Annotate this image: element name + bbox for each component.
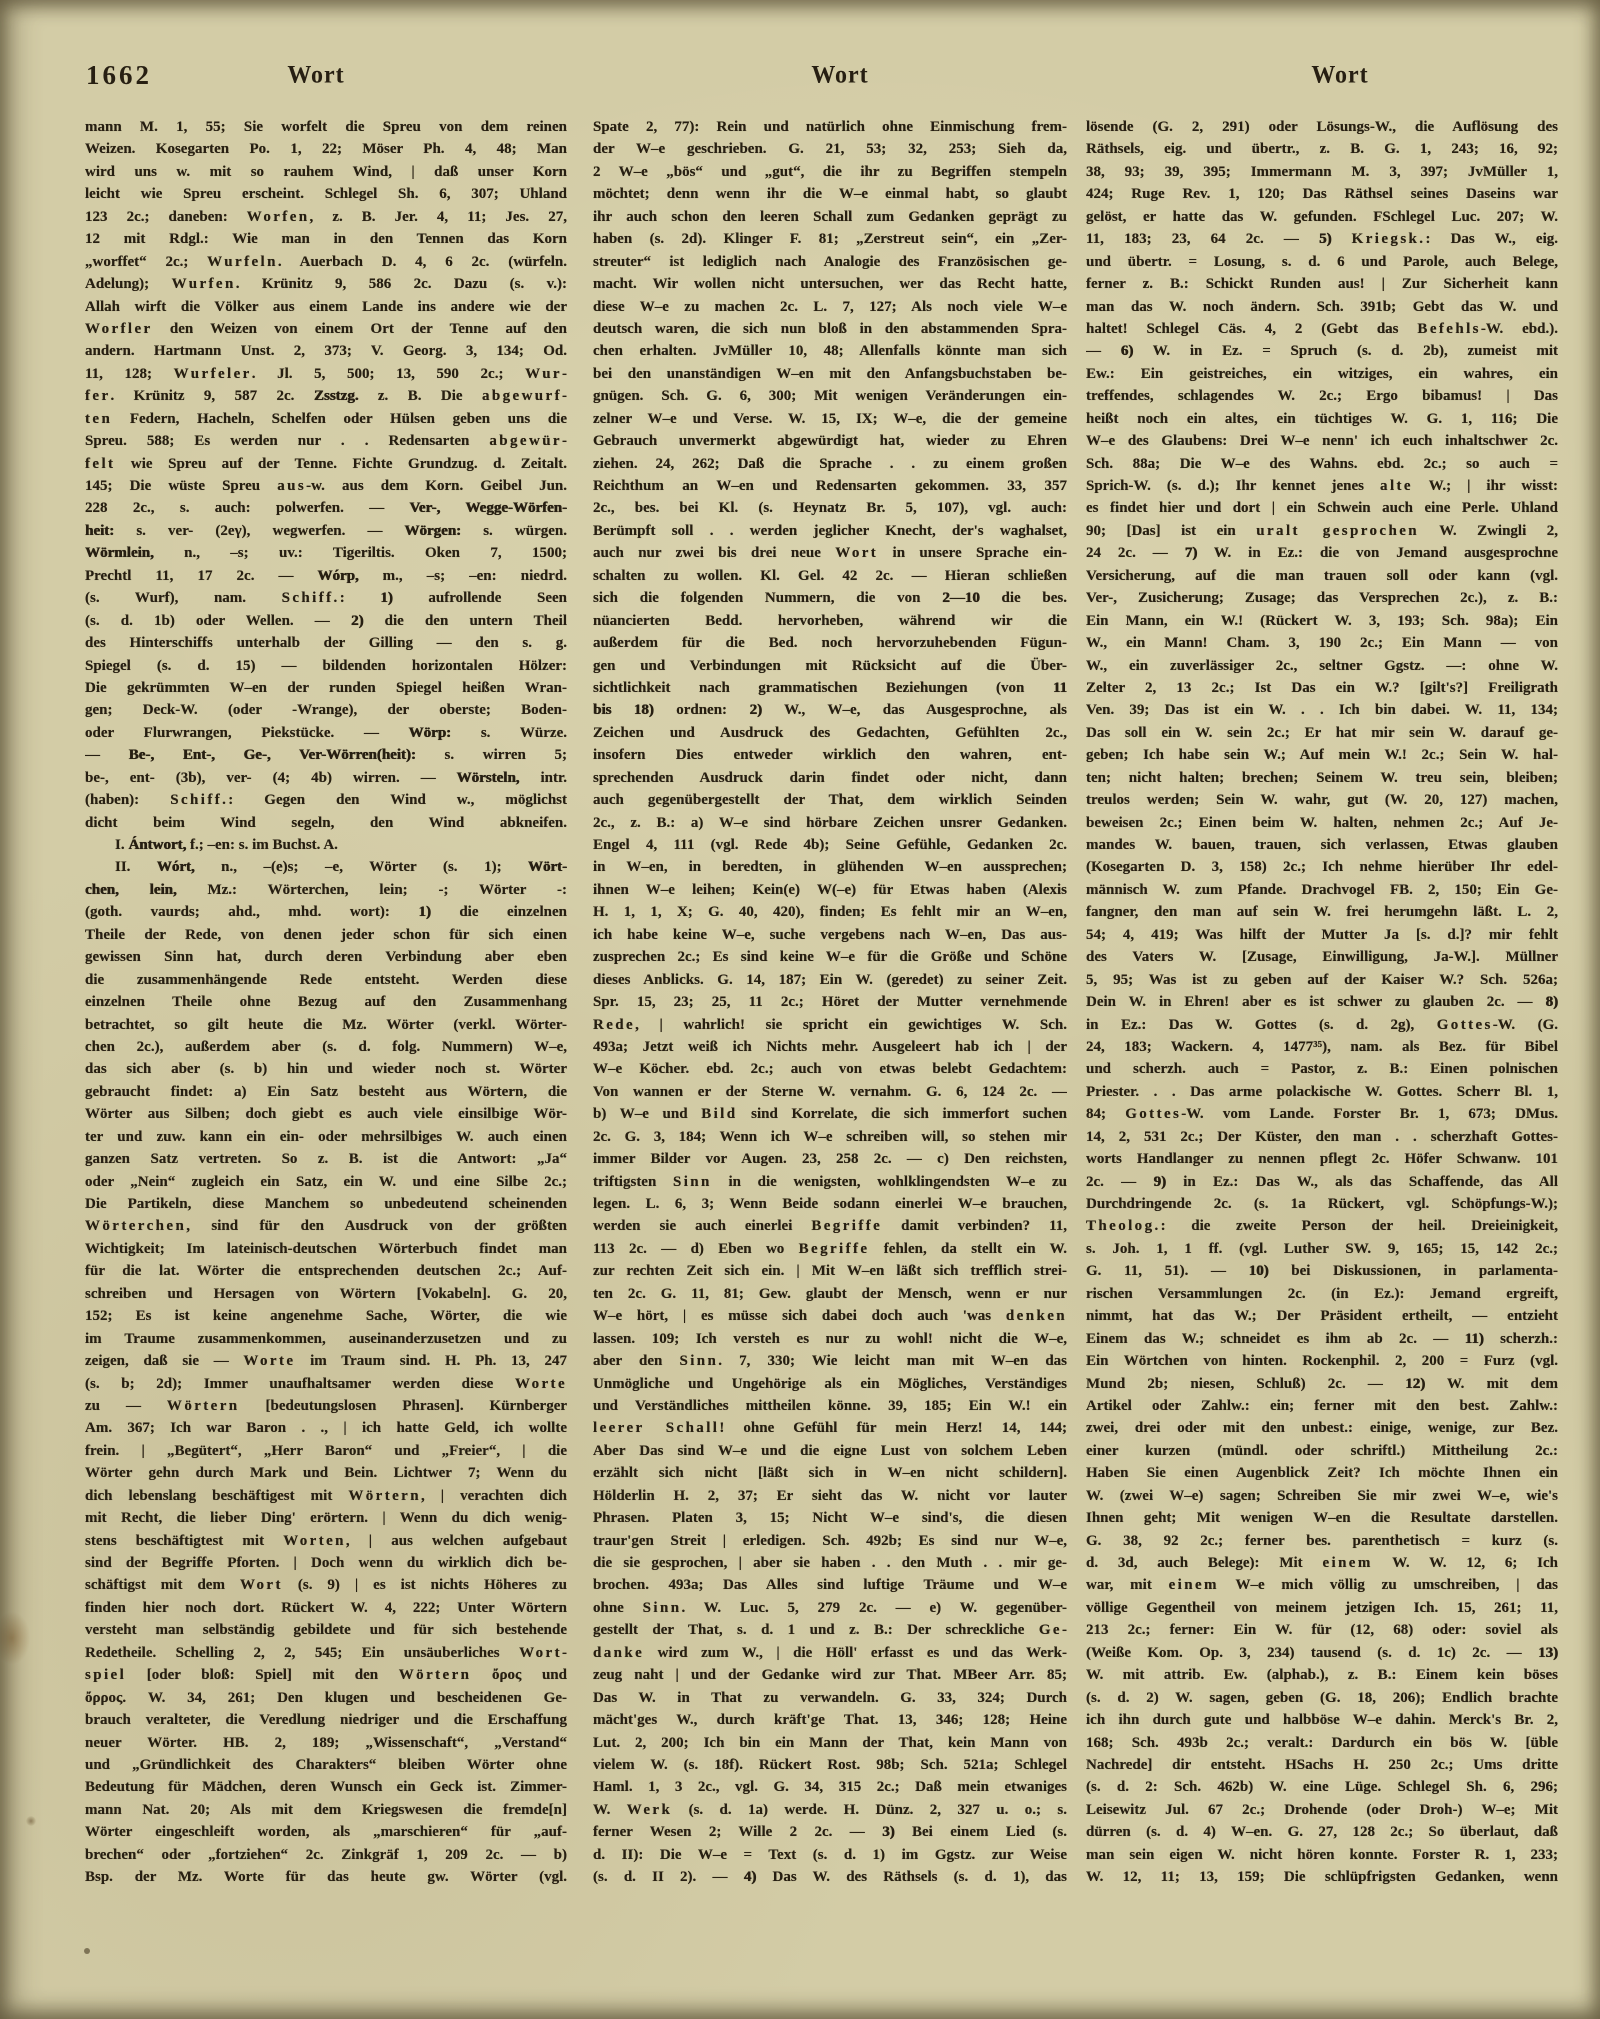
- text-line: heißt noch ein altes, ein tüchtiges W. G…: [1086, 408, 1558, 430]
- text-line: Haben Sie einen Augenblick Zeit? Ich möc…: [1086, 1462, 1558, 1484]
- text-line: Nachrede] dir entsteht. HSachs H. 250 2c…: [1086, 1754, 1558, 1776]
- text-line: dieses Anblicks. G. 14, 187; Ein W. (ger…: [593, 969, 1067, 991]
- text-line: haben (s. 2d). Klinger F. 81; „Zerstreut…: [593, 228, 1067, 250]
- text-line: chen 2c.), außerdem aber (s. d. folg. Nu…: [85, 1036, 567, 1058]
- text-line: zeug naht | und der Gedanke wird zur Tha…: [593, 1664, 1067, 1686]
- text-line: zeigen, daß sie — Worte im Traum sind. H…: [85, 1350, 567, 1372]
- text-line: bei den unanständigen W–en mit den Anfan…: [593, 363, 1067, 385]
- text-line: macht. Wir wollen nicht untersuchen, wer…: [593, 273, 1067, 295]
- text-line: dürren (s. d. 4) W–en. G. 27, 128 2c.; S…: [1086, 1821, 1558, 1843]
- text-line: Artikel oder Zahlw.: ein; ferner mit den…: [1086, 1395, 1558, 1417]
- text-line: der W–e geschrieben. G. 21, 53; 32, 253;…: [593, 138, 1067, 160]
- text-column-1: mann M. 1, 55; Sie worfelt die Spreu von…: [85, 116, 567, 1889]
- text-line: Spate 2, 77): Rein und natürlich ohne Ei…: [593, 116, 1067, 138]
- text-line: 90; [Das] ist ein uralt gesprochen W. Zw…: [1086, 520, 1558, 542]
- text-line: war, mit einem W–e mich völlig zu umschr…: [1086, 1574, 1558, 1596]
- text-line: II. Wórt, n., –(e)s; –e, Wörter (s. 1); …: [85, 856, 567, 878]
- text-line: ihnen W–e leihen; Kein(e) W(–e) für Etwa…: [593, 879, 1067, 901]
- text-line: fangner, den man auf sein W. frei herumg…: [1086, 901, 1558, 923]
- text-line: immer Bilder vor Augen. 23, 258 2c. — c)…: [593, 1148, 1067, 1170]
- text-line: des Vaters W. [Zusage, Einwilligung, Ja-…: [1086, 946, 1558, 968]
- text-line: und „Gründlichkeit des Charakters“ bleib…: [85, 1754, 567, 1776]
- text-line: gen; Deck-W. (oder -Wrange), der oberste…: [85, 699, 567, 721]
- text-line: d. 3d, auch Belege): Mit einem W. W. 12,…: [1086, 1552, 1558, 1574]
- text-line: oder Flurwrangen, Piekstücke. — Wörp: s.…: [85, 722, 567, 744]
- text-line: ten 2c. G. 11, 81; Gew. glaubt der Mensc…: [593, 1283, 1067, 1305]
- text-line: „worffet“ 2c.; Wurfeln. Auerbach D. 4, 6…: [85, 251, 567, 273]
- text-line: 213 2c.; ferner: Ein W. für (12, 68) ode…: [1086, 1619, 1558, 1641]
- text-line: Worfler den Weizen von einem Ort der Ten…: [85, 318, 567, 340]
- text-line: ter und zuw. kann ein ein- oder mehrsilb…: [85, 1126, 567, 1148]
- text-line: dich lebenslang beschäftigest mit Wörter…: [85, 1485, 567, 1507]
- text-line: Die gekrümmten W–en der runden Spiegel h…: [85, 677, 567, 699]
- text-line: G. 38, 92 2c.; ferner bes. parenthetisch…: [1086, 1530, 1558, 1552]
- text-line: neuer Wörter. HB. 2, 189; „Wissenschaft“…: [85, 1732, 567, 1754]
- text-line: Zeichen und Ausdruck des Gedachten, Gefü…: [593, 722, 1067, 744]
- text-line: leerer Schall! ohne Gefühl für mein Herz…: [593, 1417, 1067, 1439]
- text-line: Ver-, Zusicherung; Zusage; das Versprech…: [1086, 587, 1558, 609]
- paper-stain: [0, 1612, 30, 1664]
- text-line: Bedeutung für Mädchen, deren Wunsch ein …: [85, 1776, 567, 1798]
- text-line: dicht beim Wind segeln, den Wind abkneif…: [85, 812, 567, 834]
- text-line: leicht wie Spreu erscheint. Schlegel Sh.…: [85, 183, 567, 205]
- text-line: Bsp. der Mz. Worte für das heute gw. Wör…: [85, 1866, 567, 1888]
- text-line: Hölderlin H. 2, 37; Er sieht das W. nich…: [593, 1485, 1067, 1507]
- text-line: — Be-, Ent-, Ge-, Ver-Wörren(heit): s. w…: [85, 744, 567, 766]
- text-line: ten Federn, Hacheln, Schelfen oder Hülse…: [85, 408, 567, 430]
- text-line: gebraucht findet: a) Ein Satz besteht au…: [85, 1081, 567, 1103]
- text-line: Spiegel (s. d. 15) — bildenden horizonta…: [85, 655, 567, 677]
- text-line: treffendes, schlagendes W. 2c.; Ergo bib…: [1086, 385, 1558, 407]
- text-line: deutsch waren, die sich nun bloß in den …: [593, 318, 1067, 340]
- text-line: Haml. 1, 3 2c., vgl. G. 34, 315 2c.; Daß…: [593, 1776, 1067, 1798]
- text-line: Wörterchen, sind für den Ausdruck von de…: [85, 1215, 567, 1237]
- text-line: triftigsten Sinn in die wenigsten, wohlk…: [593, 1171, 1067, 1193]
- text-line: 145; Die wüste Spreu aus-w. aus dem Korn…: [85, 475, 567, 497]
- text-line: Phrasen. Platen 3, 15; Nicht W–e sind's,…: [593, 1507, 1067, 1529]
- text-line: Mund 2b; niesen, Schluß) 2c. — 12) W. mi…: [1086, 1373, 1558, 1395]
- text-line: aber den Sinn. 7, 330; Wie leicht man mi…: [593, 1350, 1067, 1372]
- text-line: gnügen. Sch. G. 6, 300; Mit wenigen Verä…: [593, 385, 1067, 407]
- text-line: Rede, | wahrlich! sie spricht ein gewich…: [593, 1014, 1067, 1036]
- text-line: 2c. G. 3, 184; Wenn ich W–e schreiben wi…: [593, 1126, 1067, 1148]
- text-line: Wörter eingeschleift worden, als „marsch…: [85, 1821, 567, 1843]
- text-line: mit Recht, die lieber Ding' erörtern. | …: [85, 1507, 567, 1529]
- text-line: Räthsels, eig. und übertr., z. B. G. 1, …: [1086, 138, 1558, 160]
- text-line: zur rechten Zeit sich ein. | Mit W–en lä…: [593, 1260, 1067, 1282]
- text-line: ziehen. 24, 262; Daß die Sprache . . zu …: [593, 453, 1067, 475]
- text-line: 84; Gottes-W. vom Lande. Forster Br. 1, …: [1086, 1103, 1558, 1125]
- text-line: 11, 183; 23, 64 2c. — 5) Kriegsk.: Das W…: [1086, 228, 1558, 250]
- text-line: Prechtl 11, 17 2c. — Wórp, m., –s; –en: …: [85, 565, 567, 587]
- text-line: im Traume zusammenkommen, auseinanderzus…: [85, 1328, 567, 1350]
- text-line: es findet hier und dort | ein Schwein au…: [1086, 497, 1558, 519]
- text-line: Reichthum an W–en und Redensarten gekomm…: [593, 475, 1067, 497]
- text-line: frein. | „Begütert“, „Herr Baron“ und „F…: [85, 1440, 567, 1462]
- text-line: 2c., z. B.: a) W–e sind hörbare Zeichen …: [593, 812, 1067, 834]
- text-line: sichtlichkeit nach grammatischen Beziehu…: [593, 677, 1067, 699]
- text-line: wird uns w. mit so rauhem Wind, | daß un…: [85, 161, 567, 183]
- text-line: versteht man selbständig gebildete und f…: [85, 1619, 567, 1641]
- text-line: nimmt, hat das W.; Der Präsident ertheil…: [1086, 1305, 1558, 1327]
- text-line: 228 2c., s. auch: polwerfen. — Ver-, Weg…: [85, 497, 567, 519]
- text-line: G. 11, 51). — 10) bei Diskussionen, in p…: [1086, 1260, 1558, 1282]
- text-line: chen erhalten. JvMüller 10, 48; Allenfal…: [593, 340, 1067, 362]
- text-line: 424; Ruge Rev. 1, 120; Das Räthsel seine…: [1086, 183, 1558, 205]
- text-line: 54; 4, 419; Was hilft der Mutter Ja [s. …: [1086, 924, 1558, 946]
- text-line: Leisewitz Jul. 67 2c.; Drohende (oder Dr…: [1086, 1799, 1558, 1821]
- text-line: 123 2c.; daneben: Worfen, z. B. Jer. 4, …: [85, 206, 567, 228]
- text-line: H. 1, 1, X; G. 40, 420), finden; Es fehl…: [593, 901, 1067, 923]
- text-line: 24, 183; Wackern. 4, 1477³⁵), nam. als B…: [1086, 1036, 1558, 1058]
- dictionary-page-scan: 1662 Wort Wort Wort mann M. 1, 55; Sie w…: [0, 0, 1600, 2019]
- text-line: 11, 128; Wurfeler. Jl. 5, 500; 13, 590 2…: [85, 363, 567, 385]
- text-line: (s. d. 2) W. sagen, geben (G. 18, 206); …: [1086, 1687, 1558, 1709]
- text-line: auch gegenübergestellt der That, dem wir…: [593, 789, 1067, 811]
- text-line: W. Werk (s. d. 1a) werde. H. Dünz. 2, 32…: [593, 1799, 1067, 1821]
- text-line: Redetheile. Schelling 2, 2, 545; Ein uns…: [85, 1642, 567, 1664]
- text-column-3: lösende (G. 2, 291) oder Lösungs-W., die…: [1086, 116, 1558, 1889]
- text-line: brochen. 493a; Das Alles sind luftige Tr…: [593, 1574, 1067, 1596]
- text-line: beweisen 2c.; Einen beim W. halten, nehm…: [1086, 812, 1558, 834]
- text-line: 152; Es ist keine angenehme Sache, Wörte…: [85, 1305, 567, 1327]
- text-line: schäftigst mit dem Wort (s. 9) | es ist …: [85, 1574, 567, 1596]
- text-column-2: Spate 2, 77): Rein und natürlich ohne Ei…: [593, 116, 1067, 1889]
- text-line: Priester. . . Das arme polackische W. Go…: [1086, 1081, 1558, 1103]
- text-line: ganzen Satz vertreten. So z. B. ist die …: [85, 1148, 567, 1170]
- text-line: (s. b; 2d); Immer unaufhaltsamer werden …: [85, 1373, 567, 1395]
- text-line: Am. 367; Ich war Baron . ., | ich hatte …: [85, 1417, 567, 1439]
- text-line: 113 2c. — d) Eben wo Begriffe fehlen, da…: [593, 1238, 1067, 1260]
- text-line: (Weiße Kom. Op. 3, 234) tausend (s. d. 1…: [1086, 1642, 1558, 1664]
- text-line: andern. Hartmann Unst. 2, 373; V. Georg.…: [85, 340, 567, 362]
- text-line: erzählt sich nicht [läßt sich in W–en ni…: [593, 1462, 1067, 1484]
- text-line: Spreu. 588; Es werden nur . . Redensarte…: [85, 430, 567, 452]
- text-line: zwei, drei oder mit den unbest.: einige,…: [1086, 1417, 1558, 1439]
- text-line: Lut. 2, 200; Ich bin ein Mann der That, …: [593, 1732, 1067, 1754]
- text-line: 2 W–e „bös“ und „gut“, die ihr zu Begrif…: [593, 161, 1067, 183]
- text-line: zelner W–e und Verse. W. 15, IX; W–e, di…: [593, 408, 1067, 430]
- text-line: Ein Mann, ein W.! (Rückert W. 3, 193; Sc…: [1086, 610, 1558, 632]
- text-line: 168; Sch. 493b 2c.; veralt.: Dardurch ei…: [1086, 1732, 1558, 1754]
- text-line: ὄρρος. W. 34, 261; Den klugen und besche…: [85, 1687, 567, 1709]
- text-line: 2c., bes. bei Kl. (s. Heynatz Br. 5, 107…: [593, 497, 1067, 519]
- paper-stain: [84, 1948, 90, 1954]
- text-line: Berümpft soll . . werden jeglicher Knech…: [593, 520, 1067, 542]
- text-line: diese W–e zu machen 2c. L. 7, 127; Als n…: [593, 296, 1067, 318]
- text-line: mann Nat. 20; Als mit dem Kriegswesen di…: [85, 1799, 567, 1821]
- text-line: 12 mit Rdgl.: Wie man in den Tennen das …: [85, 228, 567, 250]
- text-line: schalten zu wollen. Kl. Gel. 42 2c. — Hi…: [593, 565, 1067, 587]
- text-line: W–e Köcher. ebd. 2c.; auch von etwas bel…: [593, 1058, 1067, 1080]
- text-line: die zusammenhängende Rede entsteht. Werd…: [85, 969, 567, 991]
- text-line: ohne Sinn. W. Luc. 5, 279 2c. — e) W. ge…: [593, 1597, 1067, 1619]
- text-line: finden hier noch dort. Rückert W. 4, 222…: [85, 1597, 567, 1619]
- text-line: Die Partikeln, diese Manchem so unbedeut…: [85, 1193, 567, 1215]
- text-line: mandes W. bauen, trauen, sich verlassen,…: [1086, 834, 1558, 856]
- text-line: Einem das W.; schneidet es ihm ab 2c. — …: [1086, 1328, 1558, 1350]
- text-line: — 6) W. in Ez. = Spruch (s. d. 2b), zume…: [1086, 340, 1558, 362]
- text-line: des Hinterschiffs unterhalb der Gilling …: [85, 632, 567, 654]
- text-line: W–e des Glaubens: Drei W–e nenn' ich euc…: [1086, 430, 1558, 452]
- text-line: stens beschäftigtest mit Worten, | aus w…: [85, 1530, 567, 1552]
- text-line: sprechenden Ausdruck darin findet oder n…: [593, 767, 1067, 789]
- text-line: heit: s. ver- (2eγ), wegwerfen. — Wörgen…: [85, 520, 567, 542]
- text-line: man das W. noch ändern. Sch. 391b; Gebt …: [1086, 296, 1558, 318]
- text-line: zusprechen 2c.; Es sind keine W–e für di…: [593, 946, 1067, 968]
- text-line: einer kurzen (mündl. oder schriftl.) Mit…: [1086, 1440, 1558, 1462]
- text-line: bis 18) ordnen: 2) W., W–e, das Ausgespr…: [593, 699, 1067, 721]
- text-line: und übertr. = Losung, s. d. 6 und Parole…: [1086, 251, 1558, 273]
- text-line: s. Joh. 1, 1 ff. (vgl. Luther SW. 9, 165…: [1086, 1238, 1558, 1260]
- text-line: werden sie auch einerlei Begriffe damit …: [593, 1215, 1067, 1237]
- text-line: das sich aber (s. b) hin und wieder noch…: [85, 1058, 567, 1080]
- text-line: auch nur zwei bis drei neue Wort in unse…: [593, 542, 1067, 564]
- text-line: Theolog.: die zweite Person der heil. Dr…: [1086, 1215, 1558, 1237]
- text-line: gestellt der That, s. d. 1 und z. B.: De…: [593, 1619, 1067, 1641]
- text-line: zu — Wörtern [bedeutungslosen Phrasen]. …: [85, 1395, 567, 1417]
- text-line: W., ein Mann! Cham. 3, 190 2c.; Ein Mann…: [1086, 632, 1558, 654]
- text-line: und Verständliches mittheilen könne. 39,…: [593, 1395, 1067, 1417]
- text-line: einzelnen Theile ohne Bezug auf den Zusa…: [85, 991, 567, 1013]
- text-line: ich ihn durch gute und halbböse W–e dahi…: [1086, 1709, 1558, 1731]
- text-line: Aber Das sind W–e und die eigne Lust von…: [593, 1440, 1067, 1462]
- text-line: W–e hört, | es müsse sich dabei doch auc…: [593, 1305, 1067, 1327]
- text-line: Engel 4, 111 (vgl. Rede 4b); Seine Gefüh…: [593, 834, 1067, 856]
- text-line: Gebrauch unvermerkt abgewürdigt hat, wie…: [593, 430, 1067, 452]
- text-line: W. (zwei W–e) sagen; Schreiben Sie mir z…: [1086, 1485, 1558, 1507]
- text-line: in W–en, in beredten, in glühenden W–en …: [593, 856, 1067, 878]
- text-line: nüancierten Bedd. hervorheben, während w…: [593, 610, 1067, 632]
- text-line: oder „Nein“ zugleich ein Satz, ein W. un…: [85, 1171, 567, 1193]
- text-line: 38, 93; 39, 395; Immermann M. 3, 397; Jv…: [1086, 161, 1558, 183]
- text-line: legen. L. 6, 3; Wenn Beide sodann einerl…: [593, 1193, 1067, 1215]
- text-line: Zelter 2, 13 2c.; Ist Das ein W.? [gilt'…: [1086, 677, 1558, 699]
- text-line: Wörmlein, n., –s; uv.: Tigeriltis. Oken …: [85, 542, 567, 564]
- text-line: brauch veralteter, die Veredlung niedrig…: [85, 1709, 567, 1731]
- text-line: fer. Krünitz 9, 587 2c. Zsstzg. z. B. Di…: [85, 385, 567, 407]
- text-line: Versicherung, auf die man trauen soll od…: [1086, 565, 1558, 587]
- text-line: streuter“ ist lediglich nach Analogie de…: [593, 251, 1067, 273]
- text-line: lösende (G. 2, 291) oder Lösungs-W., die…: [1086, 116, 1558, 138]
- text-line: danke wird zum W., | die Höll' erfasst e…: [593, 1642, 1067, 1664]
- text-line: Sch. 88a; Die W–e des Wahns. ebd. 2c.; s…: [1086, 453, 1558, 475]
- text-line: völlige Gegentheil von meinem jetzigen I…: [1086, 1597, 1558, 1619]
- text-line: I. Ántwort, f.; –en: s. im Buchst. A.: [85, 834, 567, 856]
- text-line: männisch W. zum Pfande. Drachvogel FB. 2…: [1086, 879, 1558, 901]
- text-line: ten; nicht halten; brechen; Seinem W. tr…: [1086, 767, 1558, 789]
- text-line: W. 12, 11; 13, 159; Die schlüpfrigsten G…: [1086, 1866, 1558, 1888]
- text-line: Von wannen er der Sterne W. vernahm. G. …: [593, 1081, 1067, 1103]
- text-line: betrachtet, so gilt heute die Mz. Wörter…: [85, 1014, 567, 1036]
- text-line: Ven. 39; Das ist ein W. . . Ich bin dabe…: [1086, 699, 1558, 721]
- text-line: Theile der Rede, von denen jeder schon f…: [85, 924, 567, 946]
- text-line: W. mit attrib. Ew. (alphab.), z. B.: Ein…: [1086, 1664, 1558, 1686]
- text-line: 5, 95; Was ist zu geben auf der Kaiser W…: [1086, 969, 1558, 991]
- text-line: mächt'ges W., durch kräft'ge That. 13, 3…: [593, 1709, 1067, 1731]
- text-line: b) W–e und Bild sind Korrelate, die sich…: [593, 1103, 1067, 1125]
- text-line: 493a; Jetzt weiß ich Nichts mehr. Ausgel…: [593, 1036, 1067, 1058]
- text-line: außerdem für die Bed. noch hervorzuheben…: [593, 632, 1067, 654]
- text-line: ferner z. B.: Schickt Runden aus! | Zur …: [1086, 273, 1558, 295]
- text-line: Das soll ein W. sein 2c.; Er hat mir sei…: [1086, 722, 1558, 744]
- text-line: Weizen. Kosegarten Po. 1, 22; Möser Ph. …: [85, 138, 567, 160]
- text-line: (haben): Schiff.: Gegen den Wind w., mög…: [85, 789, 567, 811]
- text-line: Ihnen geht; Mit wenigen W–en die Resulta…: [1086, 1507, 1558, 1529]
- text-line: lassen. 109; Ich versteh es nur zu wohl!…: [593, 1328, 1067, 1350]
- text-line: gelöst, er hatte das W. gefunden. FSchle…: [1086, 206, 1558, 228]
- text-line: chen, lein, Mz.: Wörterchen, lein; -; Wö…: [85, 879, 567, 901]
- text-line: 2c. — 9) in Ez.: Das W., als das Schaffe…: [1086, 1171, 1558, 1193]
- text-line: ich habe keine W–e, suche vergebens nach…: [593, 924, 1067, 946]
- text-line: Spr. 15, 23; 25, 11 2c.; Höret der Mutte…: [593, 991, 1067, 1013]
- text-line: haltet! Schlegel Cäs. 4, 2 (Gebt das Bef…: [1086, 318, 1558, 340]
- text-line: ferner Wesen 2; Wille 2 2c. — 3) Bei ein…: [593, 1821, 1067, 1843]
- text-line: 24 2c. — 7) W. in Ez.: die von Jemand au…: [1086, 542, 1558, 564]
- text-line: in Ez.: Das W. Gottes (s. d. 2g), Gottes…: [1086, 1014, 1558, 1036]
- text-line: Durchdringende 2c. (s. 1a Rückert, vgl. …: [1086, 1193, 1558, 1215]
- text-line: traur'gen Streit | erledigen. Sch. 492b;…: [593, 1530, 1067, 1552]
- text-line: insofern Dies entweder wirklich den wahr…: [593, 744, 1067, 766]
- text-line: d. II): Die W–e = Text (s. d. 1) im Ggst…: [593, 1844, 1067, 1866]
- text-line: worts Handlanger zu nennen pflegt 2c. Hö…: [1086, 1148, 1558, 1170]
- text-line: be-, ent- (3b), ver- (4; 4b) wirren. — W…: [85, 767, 567, 789]
- text-line: Unmögliche und Ungehörige als ein Möglic…: [593, 1373, 1067, 1395]
- text-line: gen und Verbindungen mit Rücksicht auf d…: [593, 655, 1067, 677]
- running-head-column-2: Wort: [760, 61, 920, 89]
- text-line: (s. Wurf), nam. Schiff.: 1) aufrollende …: [85, 587, 567, 609]
- text-line: mann M. 1, 55; Sie worfelt die Spreu von…: [85, 116, 567, 138]
- text-line: sind der Begriffe Pforten. | Doch wenn d…: [85, 1552, 567, 1574]
- text-line: die sie gesprochen, | aber sie haben . .…: [593, 1552, 1067, 1574]
- text-line: vielem W. (s. 18f). Rückert Rost. 98b; S…: [593, 1754, 1067, 1776]
- page-number: 1662: [86, 60, 152, 91]
- text-line: 14, 2, 531 2c.; Der Küster, den man . . …: [1086, 1126, 1558, 1148]
- text-line: und scherzh. auch = Pastor, z. B.: Einen…: [1086, 1058, 1558, 1080]
- text-line: schreiben und Hersagen von Wörtern [Voka…: [85, 1283, 567, 1305]
- text-line: Wörter aus Silben; doch giebt es auch vi…: [85, 1103, 567, 1125]
- text-line: Adelung); Wurfen. Krünitz 9, 586 2c. Daz…: [85, 273, 567, 295]
- text-line: Das W. in That zu verwandeln. G. 33, 324…: [593, 1687, 1067, 1709]
- text-line: Sprich-W. (s. d.); Ihr kennet jenes alte…: [1086, 475, 1558, 497]
- text-line: möchtet; denn wenn ihr die W–e einmal ha…: [593, 183, 1067, 205]
- text-line: Wichtigkeit; Im lateinisch-deutschen Wör…: [85, 1238, 567, 1260]
- text-line: treulos werden; Sein W. wahr, gut (W. 20…: [1086, 789, 1558, 811]
- text-line: Allah wirft die Völker aus einem Lande i…: [85, 296, 567, 318]
- text-line: Ew.: Ein geistreiches, ein witziges, ein…: [1086, 363, 1558, 385]
- text-line: (s. d. II 2). — 4) Das W. des Räthsels (…: [593, 1866, 1067, 1888]
- text-line: sich die folgenden Nummern, die von 2—10…: [593, 587, 1067, 609]
- text-line: man sein eigen W. nicht hören konnte. Fo…: [1086, 1844, 1558, 1866]
- text-line: geben; Ich habe sein W.; Auf mein W.! 2c…: [1086, 744, 1558, 766]
- text-line: brechen“ oder „fortziehen“ 2c. Zinkgräf …: [85, 1844, 567, 1866]
- text-line: spiel [oder bloß: Spiel] mit den Wörtern…: [85, 1664, 567, 1686]
- text-line: Dein W. in Ehren! aber es ist schwer zu …: [1086, 991, 1558, 1013]
- text-line: (s. d. 2: Sch. 462b) W. eine Lüge. Schle…: [1086, 1776, 1558, 1798]
- text-line: felt wie Spreu auf der Tenne. Fichte Gru…: [85, 453, 567, 475]
- running-head-column-3: Wort: [1260, 61, 1420, 89]
- text-line: für die lat. Wörter die entsprechenden d…: [85, 1260, 567, 1282]
- text-line: ihr auch schon den leeren Schall zum Ged…: [593, 206, 1067, 228]
- text-line: (goth. vaurds; ahd., mhd. wort): 1) die …: [85, 901, 567, 923]
- paper-stain: [26, 1816, 36, 1826]
- text-line: rischen Versammlungen 2c. (in Ez.): Jema…: [1086, 1283, 1558, 1305]
- text-line: gewissen Sinn hat, durch deren Verbindun…: [85, 946, 567, 968]
- running-head-column-1: Wort: [236, 61, 396, 89]
- text-line: Ein Wörtchen von hinten. Rockenphil. 2, …: [1086, 1350, 1558, 1372]
- text-line: Wörter gehn durch Mark und Bein. Lichtwe…: [85, 1462, 567, 1484]
- text-line: W., ein zuverlässiger 2c., seltner Ggstz…: [1086, 655, 1558, 677]
- text-line: (Kosegarten D. 3, 158) 2c.; Ich nehme hi…: [1086, 856, 1558, 878]
- text-line: (s. d. 1b) oder Wellen. — 2) die den unt…: [85, 610, 567, 632]
